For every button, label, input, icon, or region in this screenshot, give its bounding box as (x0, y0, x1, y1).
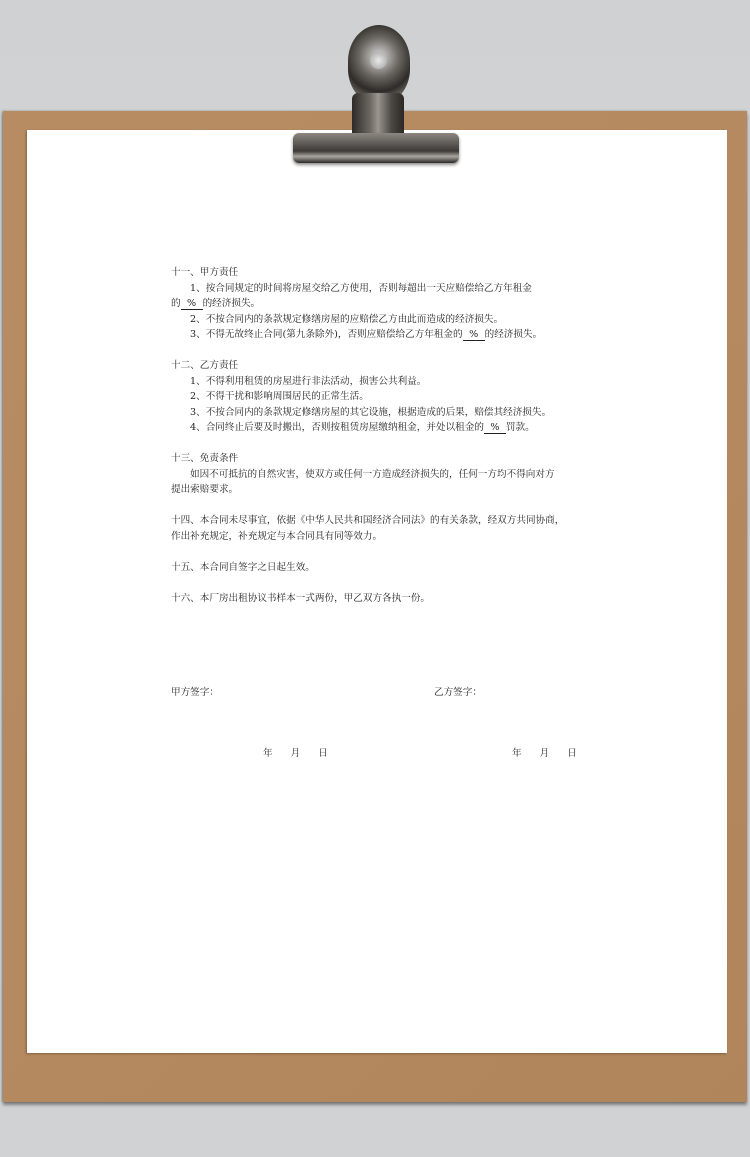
date-month: 月 (291, 745, 301, 759)
clause: 3、不按合同内的条款规定修缮房屋的其它设施，根据造成的后果，赔偿其经济损失。 (171, 405, 581, 421)
clause: 1、按合同规定的时间将房屋交给乙方使用，否则每超出一天应赔偿给乙方年租金 (171, 281, 581, 297)
clause-text: 罚款。 (506, 422, 535, 433)
clause-text: 的经济损失。 (485, 329, 543, 340)
paragraph-line: 作出补充规定，补充规定与本合同具有同等效力。 (171, 529, 581, 545)
binder-clip (283, 25, 465, 170)
date-year: 年 (263, 745, 273, 759)
paragraph-line: 十五、本合同自签字之日起生效。 (171, 560, 581, 576)
clause-text: 的经济损失。 (203, 298, 261, 309)
clause: 1、不得利用租赁的房屋进行非法活动，损害公共利益。 (171, 374, 581, 390)
clause-text: 4、合同终止后要及时搬出，否则按租赁房屋缴纳租金，并处以租金的 (190, 422, 484, 433)
blank-percent-field: % (463, 329, 485, 341)
paragraph-line: 十六、本厂房出租协议书样本一式两份，甲乙双方各执一份。 (171, 591, 581, 607)
clause-text: 3、不得无故终止合同(第九条除外)，否则应赔偿给乙方年租金的 (190, 329, 463, 340)
section-heading: 十二、乙方责任 (171, 358, 581, 374)
contract-text: 十一、甲方责任 1、按合同规定的时间将房屋交给乙方使用，否则每超出一天应赔偿给乙… (171, 265, 581, 606)
date-day: 日 (318, 745, 328, 759)
section-heading: 十一、甲方责任 (171, 265, 581, 281)
clip-plate (293, 133, 459, 163)
date-month: 月 (540, 745, 550, 759)
party-a-date: 年月日 (263, 745, 346, 759)
clip-hole (370, 52, 387, 69)
clause: 4、合同终止后要及时搬出，否则按租赁房屋缴纳租金，并处以租金的%罚款。 (171, 420, 581, 436)
paragraph-line: 十四、本合同未尽事宜，依据《中华人民共和国经济合同法》的有关条款，经双方共同协商… (171, 513, 581, 529)
paragraph-line: 提出索赔要求。 (171, 482, 581, 498)
clause: 2、不得干扰和影响周围居民的正常生活。 (171, 389, 581, 405)
clause-text: 的 (171, 298, 181, 309)
party-b-date: 年月日 (512, 745, 595, 759)
clause-continuation: 的%的经济损失。 (171, 296, 581, 312)
section-heading: 十三、免责条件 (171, 451, 581, 467)
party-a-signature-label: 甲方签字： (171, 684, 219, 698)
clause-text: 1、按合同规定的时间将房屋交给乙方使用，否则每超出一天应赔偿给乙方年租金 (190, 283, 532, 294)
party-b-signature-label: 乙方签字： (434, 684, 482, 698)
clause: 3、不得无故终止合同(第九条除外)，否则应赔偿给乙方年租金的%的经济损失。 (171, 327, 581, 343)
blank-percent-field: % (484, 422, 506, 434)
blank-percent-field: % (181, 298, 203, 310)
date-day: 日 (567, 745, 577, 759)
paragraph-line: 如因不可抵抗的自然灾害，使双方或任何一方造成经济损失的，任何一方均不得向对方 (171, 467, 581, 483)
date-year: 年 (512, 745, 522, 759)
clause: 2、不按合同内的条款规定修缮房屋的应赔偿乙方由此而造成的经济损失。 (171, 312, 581, 328)
